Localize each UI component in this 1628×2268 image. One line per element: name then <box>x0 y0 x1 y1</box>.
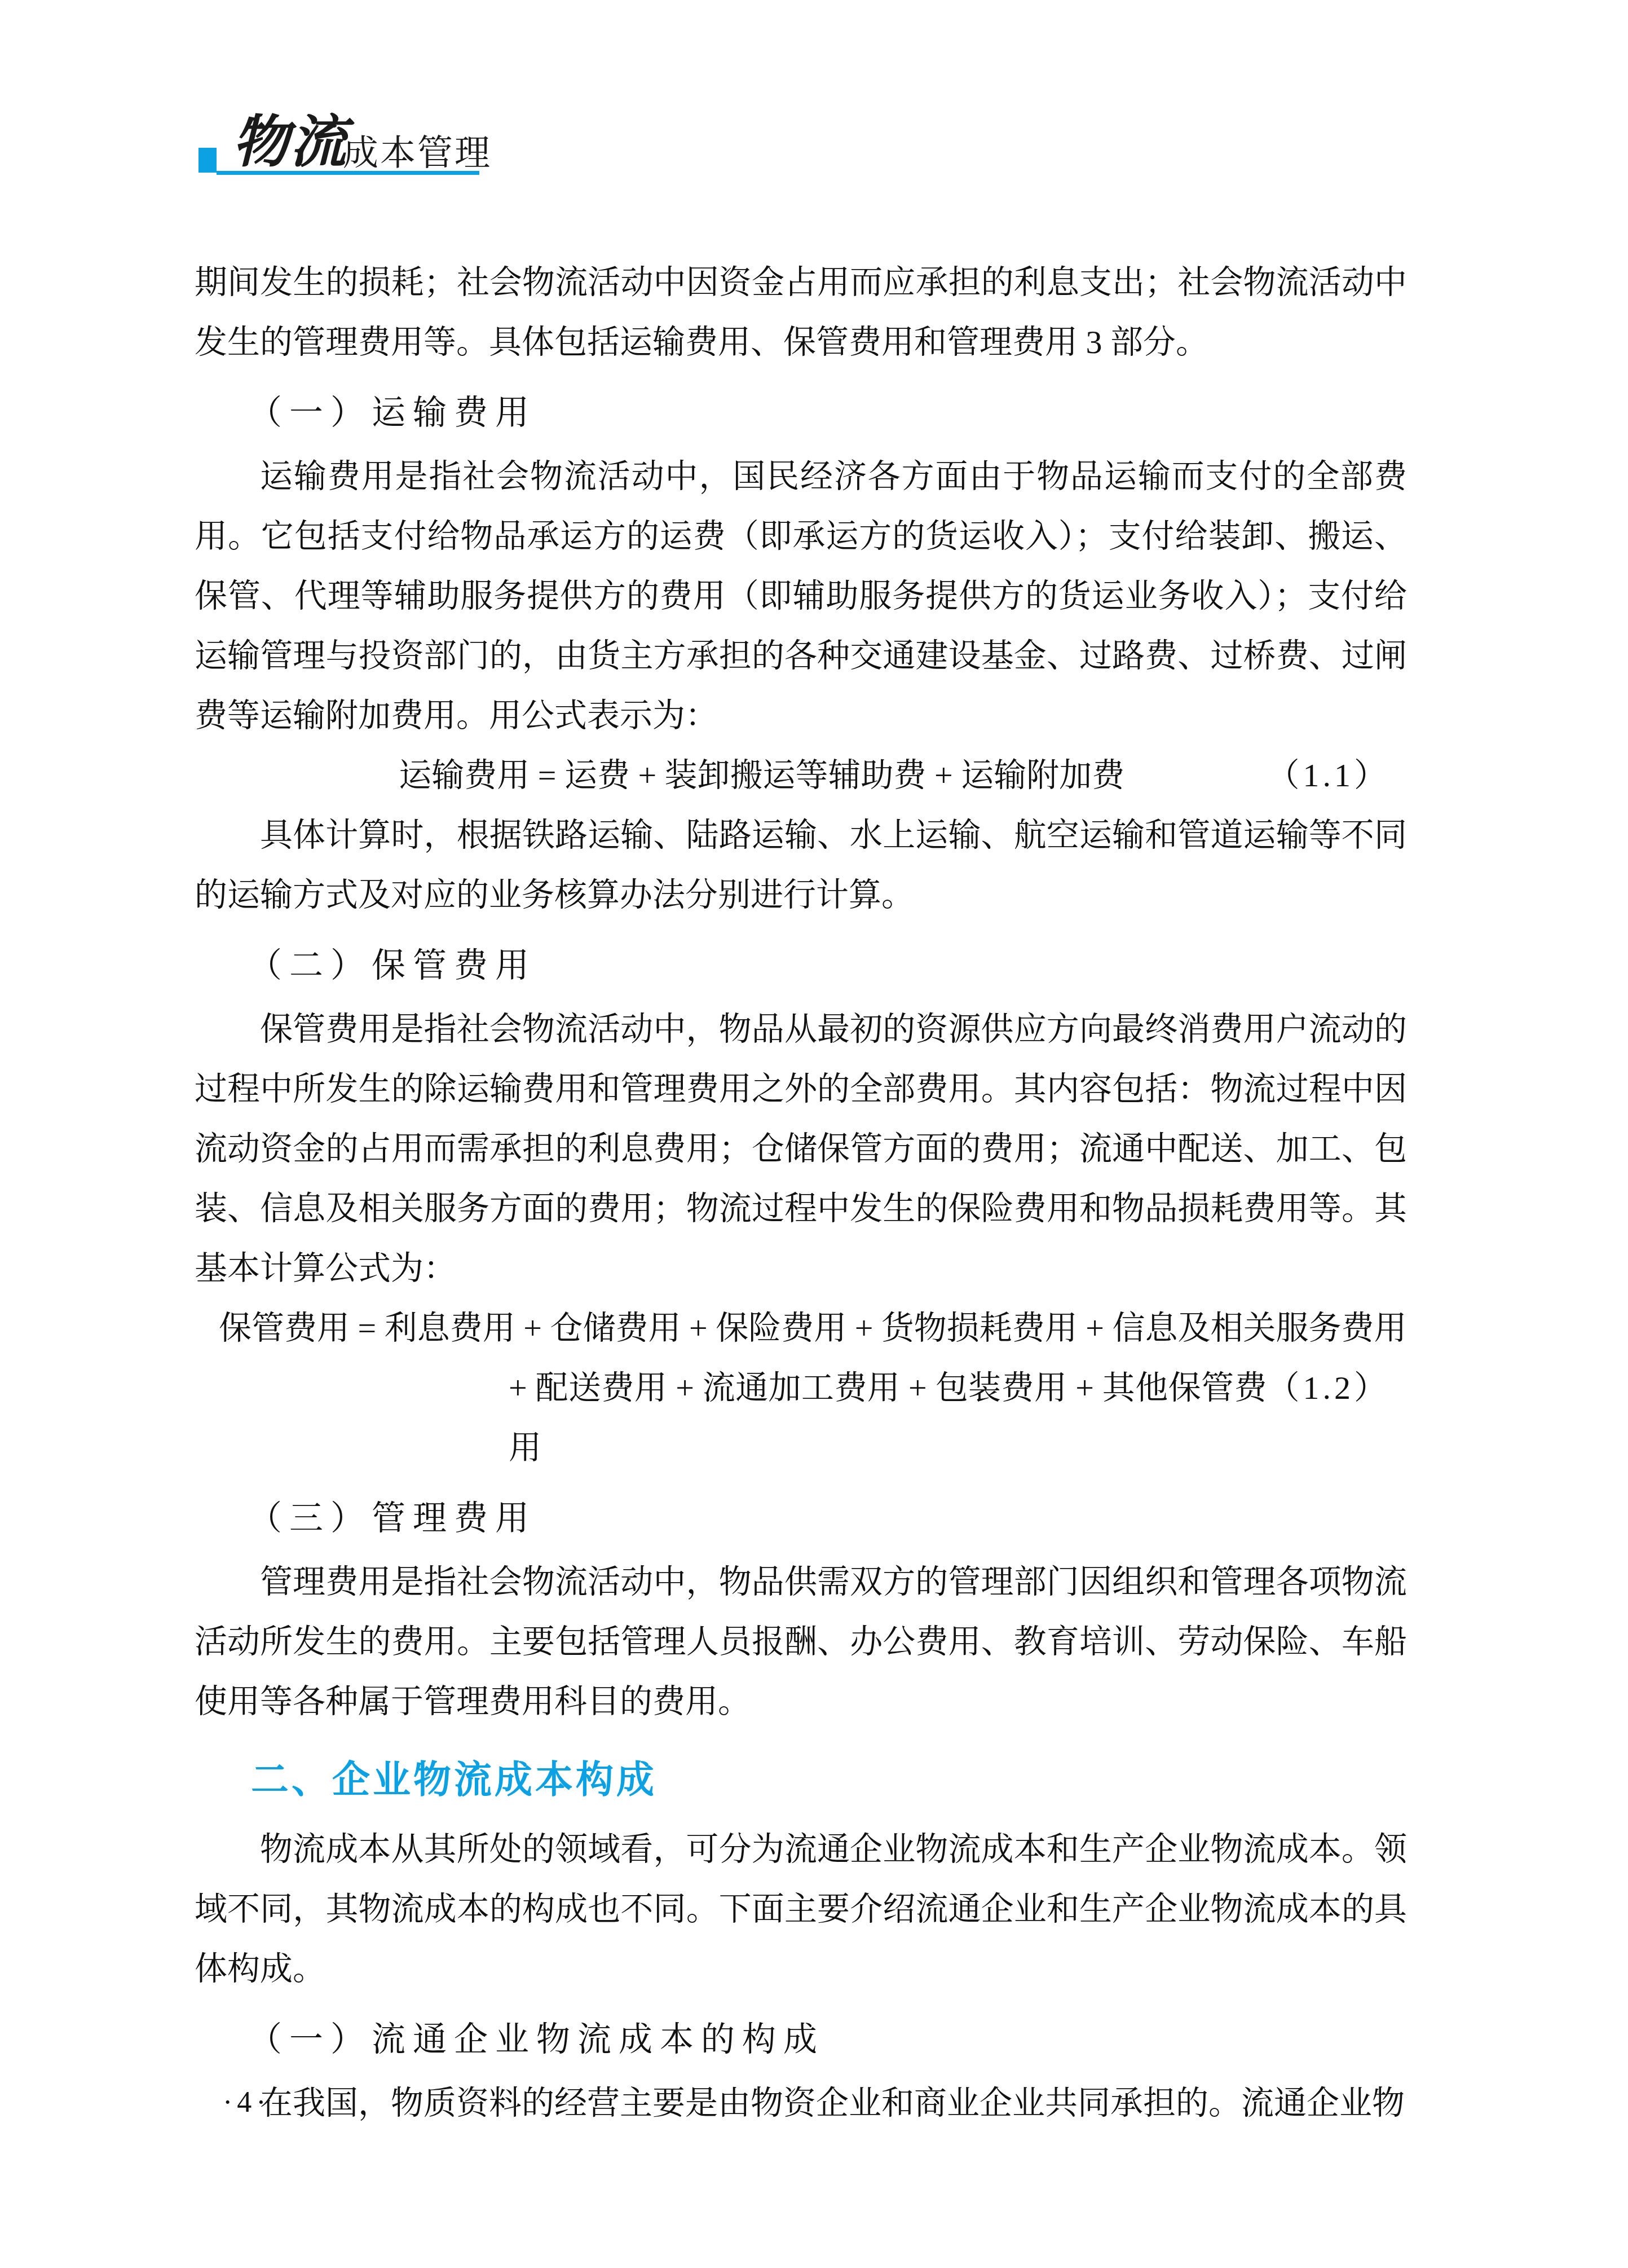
paragraph-enterprise-logistics-cost: 物流成本从其所处的领域看，可分为流通企业物流成本和生产企业物流成本。领域不同，其… <box>195 1820 1407 1999</box>
book-page: 物流 成本管理 期间发生的损耗；社会物流活动中因资金占用而应承担的利息支出；社会… <box>0 0 1628 2268</box>
header-logo-text: 成本管理 <box>343 133 492 173</box>
formula-1-1-number: （1.1） <box>1267 746 1407 805</box>
paragraph-intro: 期间发生的损耗；社会物流活动中因资金占用而应承担的利息支出；社会物流活动中发生的… <box>195 253 1407 372</box>
formula-1-2-line2: + 配送费用 + 流通加工费用 + 包装费用 + 其他保管费用 <box>195 1358 1267 1478</box>
paragraph-transport-fee: 运输费用是指社会物流活动中，国民经济各方面由于物品运输而支付的全部费用。它包括支… <box>195 447 1407 746</box>
formula-1-1-body: 运输费用 = 运费 + 装卸搬运等辅助费 + 运输附加费 <box>195 746 1267 805</box>
header-logo-script: 物流 <box>232 111 347 173</box>
formula-1-2: 保管费用 = 利息费用 + 仓储费用 + 保险费用 + 货物损耗费用 + 信息及… <box>195 1298 1407 1478</box>
page-number: ·4· <box>223 2086 271 2120</box>
formula-1-1: 运输费用 = 运费 + 装卸搬运等辅助费 + 运输附加费 （1.1） <box>195 746 1407 805</box>
heading-enterprise-logistics-cost: 二、企业物流成本构成 <box>251 1758 1407 1803</box>
formula-1-2-number: （1.2） <box>1267 1358 1407 1418</box>
header-accent-square <box>198 148 217 173</box>
paragraph-storage-fee: 保管费用是指社会物流活动中，物品从最初的资源供应方向最终消费用户流动的过程中所发… <box>195 999 1407 1298</box>
paragraph-calculation: 具体计算时，根据铁路运输、陆路运输、水上运输、航空运输和管道运输等不同的运输方式… <box>195 805 1407 925</box>
heading-circulation-enterprise: （一）流通企业物流成本的构成 <box>248 2020 1407 2059</box>
formula-1-2-line1: 保管费用 = 利息费用 + 仓储费用 + 保险费用 + 货物损耗费用 + 信息及… <box>195 1298 1407 1358</box>
heading-admin-fee: （三）管理费用 <box>248 1499 1407 1538</box>
paragraph-circulation-enterprise: 在我国，物质资料的经营主要是由物资企业和商业企业共同承担的。流通企业物 <box>195 2073 1407 2133</box>
text-column: 期间发生的损耗；社会物流活动中因资金占用而应承担的利息支出；社会物流活动中发生的… <box>195 253 1407 2133</box>
heading-transport-fee: （一）运输费用 <box>248 394 1407 432</box>
formula-1-2-line2-row: + 配送费用 + 流通加工费用 + 包装费用 + 其他保管费用 （1.2） <box>195 1358 1407 1478</box>
paragraph-admin-fee: 管理费用是指社会物流活动中，物品供需双方的管理部门因组织和管理各项物流活动所发生… <box>195 1552 1407 1732</box>
heading-storage-fee: （二）保管费用 <box>248 946 1407 985</box>
